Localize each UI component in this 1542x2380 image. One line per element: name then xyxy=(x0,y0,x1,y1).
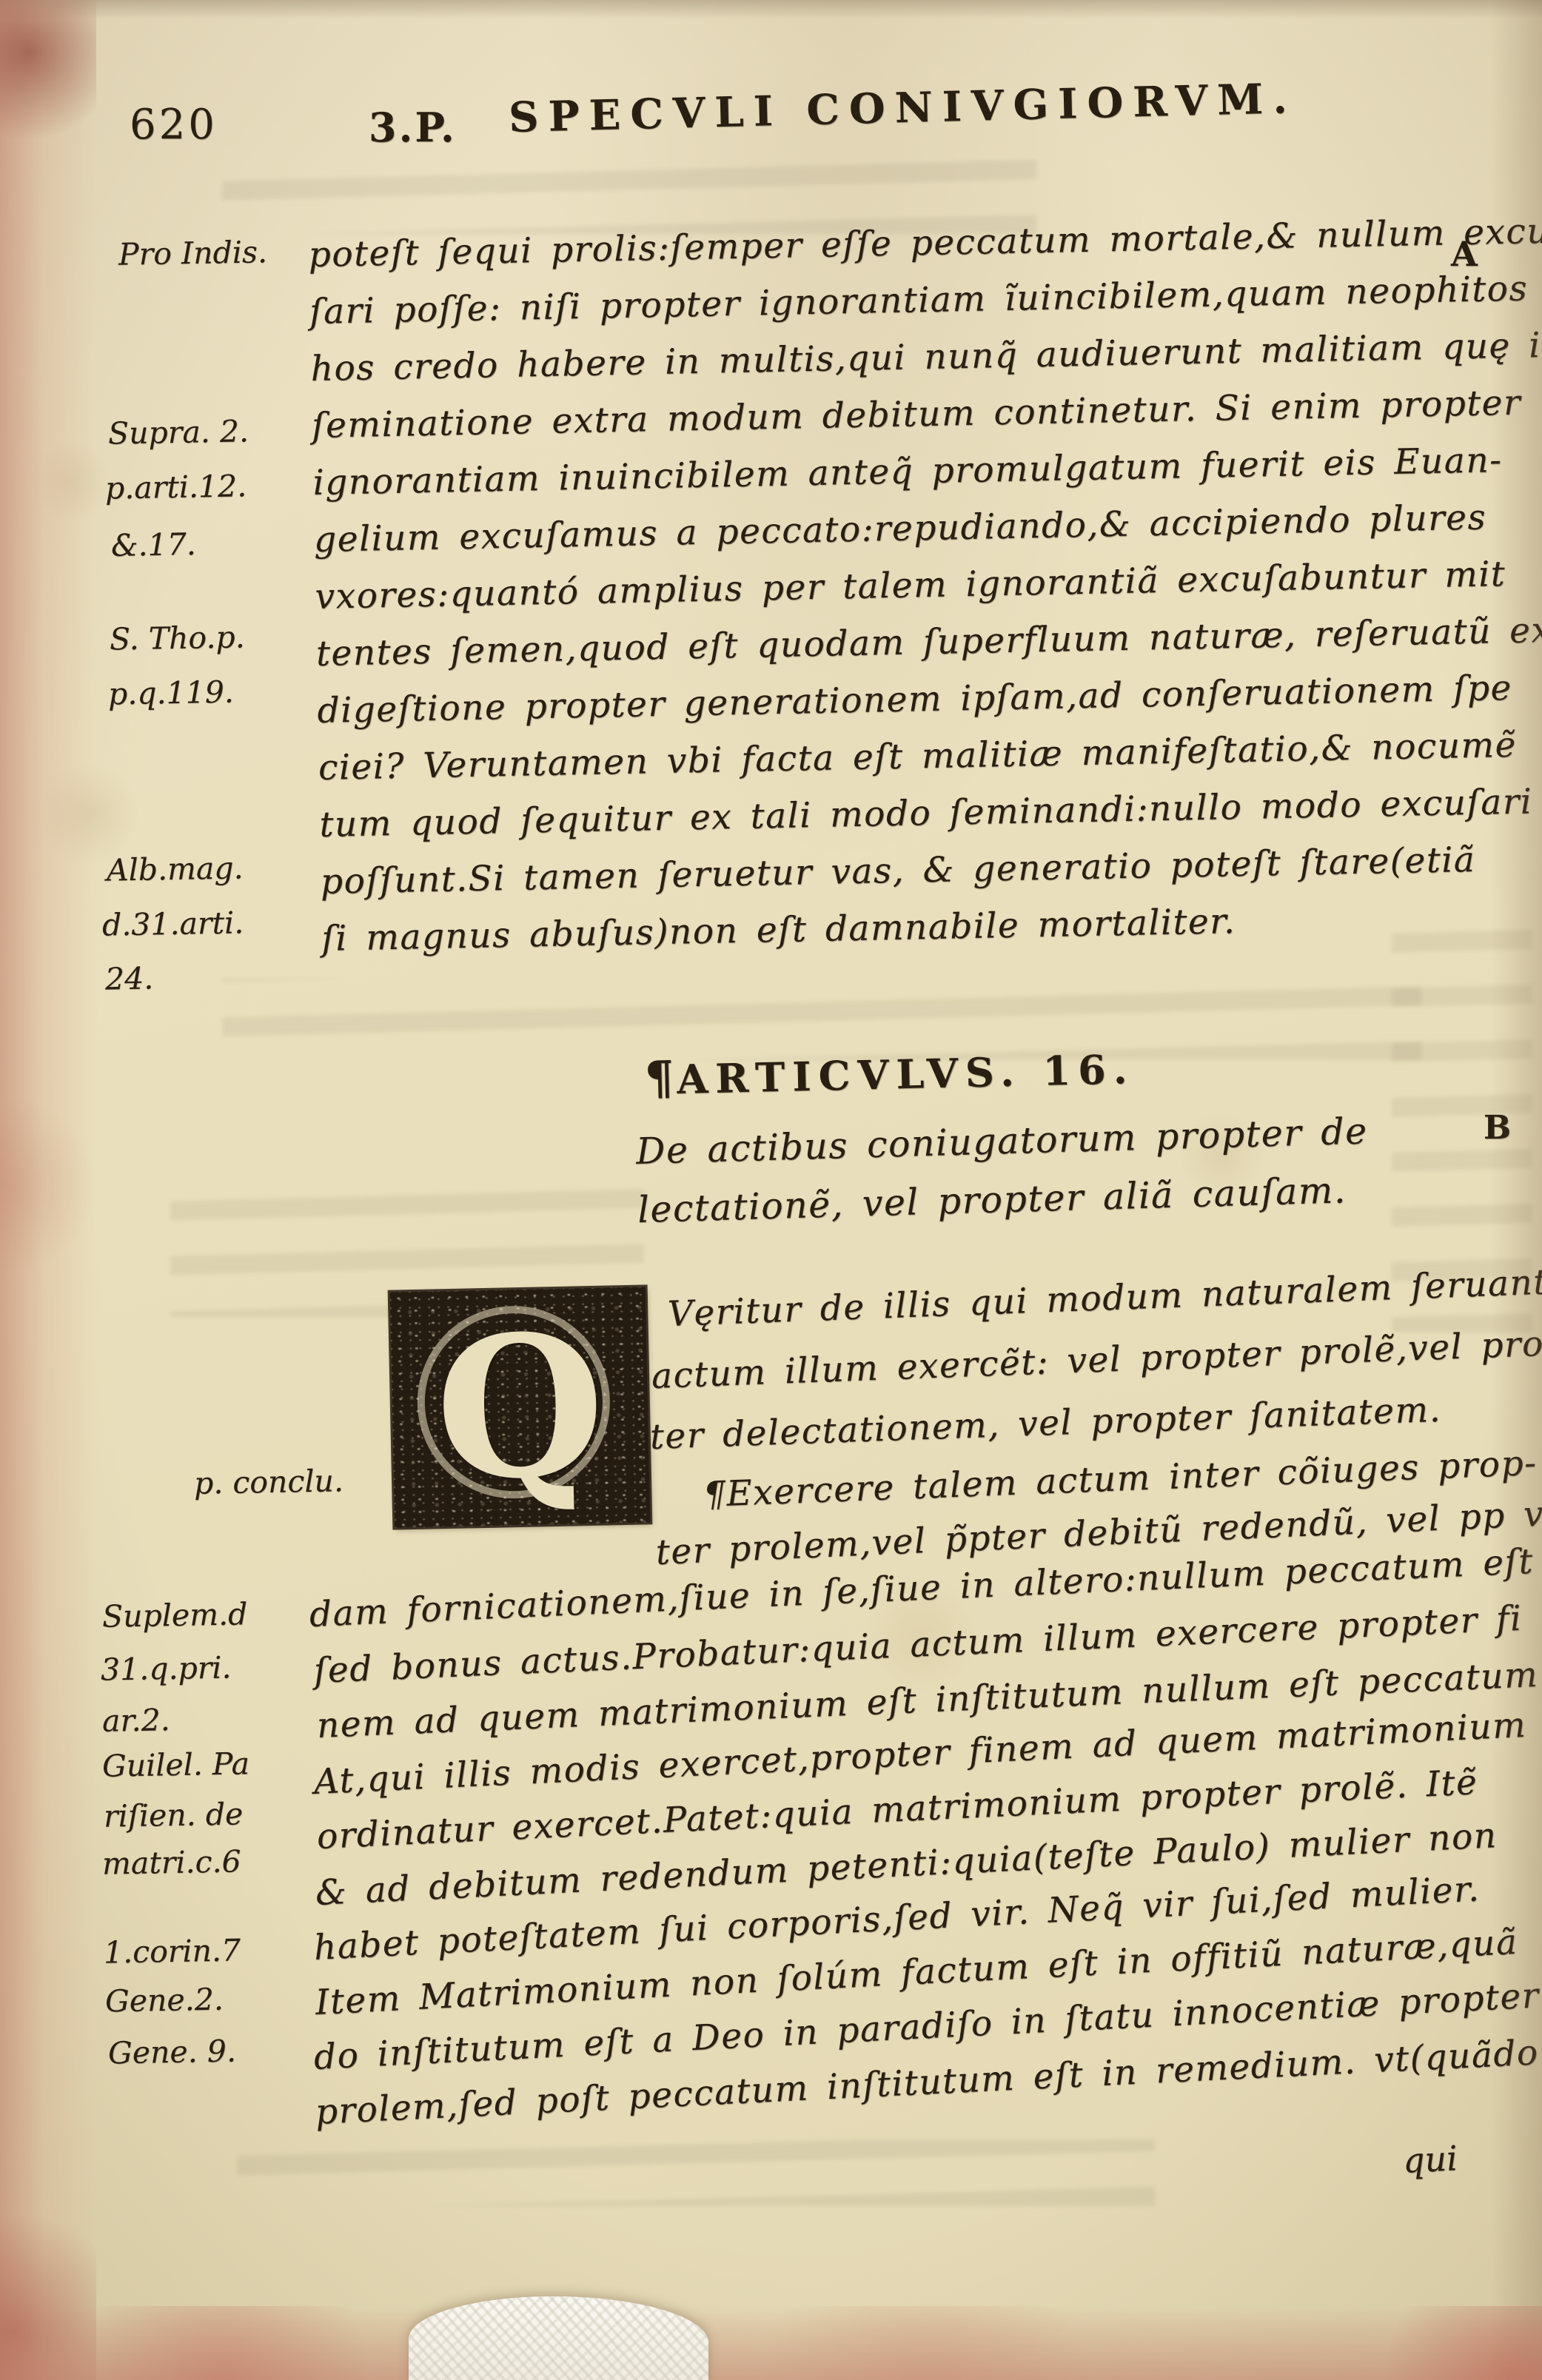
margin-note: Gene.2. xyxy=(105,1982,224,2019)
margin-note: Suplem.d xyxy=(102,1596,248,1634)
margin-note: ar.2. xyxy=(102,1702,171,1739)
margin-note: Supra. 2. xyxy=(108,413,249,451)
article-heading-title: ARTICVLVS. 16. xyxy=(677,1045,1136,1103)
woodcut-initial-q: Q xyxy=(390,1287,651,1527)
article-subtitle: De actibus coniugatorum propter de lecta… xyxy=(635,1102,1370,1239)
page-number: 620 xyxy=(130,101,218,149)
margin-note: &.17. xyxy=(111,526,197,563)
margin-note: S. Tho.p. xyxy=(110,619,246,657)
margin-note: riſien. de xyxy=(104,1796,244,1834)
book-page-scan: 620 3.P. SPECVLI CONIVGIORVM. Pro Indis.… xyxy=(0,0,1542,2380)
margin-note: matri.c.6 xyxy=(102,1843,241,1881)
margin-note: p.arti.12. xyxy=(105,468,247,506)
margin-note: p.q.119. xyxy=(108,674,235,712)
white-cloth xyxy=(409,2296,708,2380)
margin-note: Pro Indis. xyxy=(118,234,268,272)
pilcrow-mark: ¶ xyxy=(644,1050,674,1105)
margin-note: Alb.mag. xyxy=(107,850,244,888)
page-edge-top xyxy=(0,0,1542,19)
article-heading: ¶ARTICVLVS. 16. xyxy=(644,1040,1135,1105)
paragraph-1: poteſt ſequi prolis:ſemper eſſe peccatum… xyxy=(308,204,1506,968)
page-fore-edge xyxy=(0,0,96,2380)
signature-letter-b: B xyxy=(1484,1109,1511,1147)
margin-note: 31.q.pri. xyxy=(101,1649,232,1687)
page-edge-bottom xyxy=(0,2306,1542,2380)
text-line: ter delectationem, vel propter ſanitatem… xyxy=(649,1392,1442,1455)
text-line: actum illum exercẽt: vel propter prolẽ,v… xyxy=(651,1326,1542,1394)
text-line: Vęritur de illis qui modum naturalem ſer… xyxy=(667,1263,1542,1332)
running-title: SPECVLI CONIVGIORVM. xyxy=(508,74,1297,142)
margin-note: d.31.arti. xyxy=(102,905,244,942)
part-label: 3.P. xyxy=(369,104,457,151)
showthrough-smudge xyxy=(237,2139,1155,2206)
margin-note: Guilel. Pa xyxy=(102,1746,250,1783)
margin-note: 1.corin.7 xyxy=(104,1932,241,1970)
margin-note: Gene. 9. xyxy=(108,2033,237,2071)
margin-note: p. conclu. xyxy=(194,1463,344,1501)
catchword: qui xyxy=(1402,2138,1459,2181)
initial-letter: Q xyxy=(434,1309,607,1506)
margin-note: 24. xyxy=(105,960,154,996)
